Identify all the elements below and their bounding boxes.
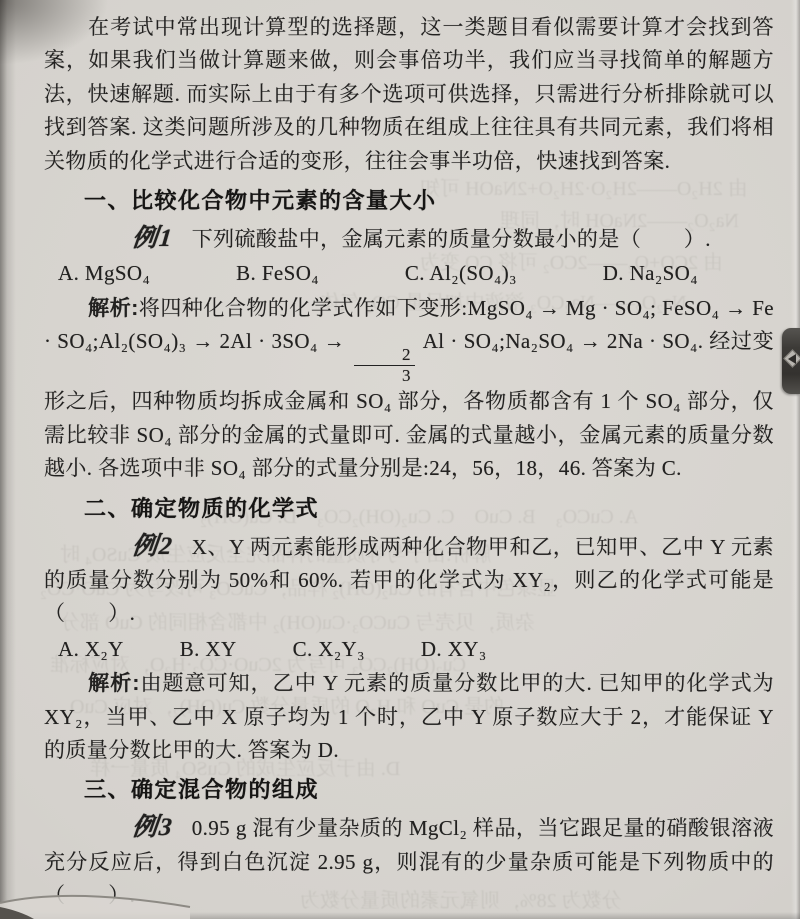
option-2d: D. XY₃	[421, 633, 487, 666]
example-3-question: 例30.95 g 混有少量杂质的 MgCl₂ 样品，当它跟足量的硝酸银溶液充分反…	[44, 811, 774, 912]
section-1-heading: 一、比较化合物中元素的含量大小	[84, 186, 774, 216]
solution-1-label: 解析:	[88, 297, 139, 320]
example-2-label: 例2	[86, 530, 175, 563]
option-1b: B. FeSO₄	[236, 257, 319, 290]
example-2-solution: 解析:由题意可知，乙中 Y 元素的质量分数比甲的大. 已知甲的化学式为 XY₂，…	[44, 667, 774, 767]
textbook-page: 由 2H₂O——2H₂O·2H₂O+2NaOH 可知 Na₂O₂——2NaOH …	[0, 0, 800, 919]
option-1a: A. MgSO₄	[58, 257, 150, 290]
example-3-label: 例3	[86, 811, 175, 844]
example-1-question-text: 下列硫酸盐中，金属元素的质量分数最小的是（ ）.	[192, 227, 711, 251]
solution-2-label: 解析:	[88, 672, 140, 695]
option-2a: A. X₂Y	[58, 633, 124, 666]
option-1d: D. Na₂SO₄	[603, 257, 698, 290]
section-3-heading: 三、确定混合物的组成	[84, 775, 774, 805]
example-1-options: A. MgSO₄ B. FeSO₄ C. Al₂(SO₄)₃ D. Na₂SO₄	[58, 257, 698, 290]
page-nav-tab[interactable]	[782, 328, 800, 394]
option-1c: C. Al₂(SO₄)₃	[405, 257, 517, 290]
section-2-heading: 二、确定物质的化学式	[84, 494, 774, 524]
example-2-options: A. X₂Y B. XY C. X₂Y₃ D. XY₃	[58, 633, 774, 666]
solution-2-text: 由题意可知，乙中 Y 元素的质量分数比甲的大. 已知甲的化学式为 XY₂，当甲、…	[44, 671, 774, 762]
example-1-question: 例1下列硫酸盐中，金属元素的质量分数最小的是（ ）.	[44, 222, 774, 256]
fraction-two-thirds: 23	[354, 346, 415, 385]
page-content: 在考试中常出现计算型的选择题，这一类题目看似需要计算才会找到答案，如果我们当做计…	[0, 0, 800, 919]
example-2-question: 例2X、Y 两元素能形成两种化合物甲和乙，已知甲、乙中 Y 元素的质量分数分别为…	[44, 530, 774, 631]
example-1-solution: 解析:将四种化合物的化学式作如下变形:MgSO₄ → Mg · SO₄; FeS…	[44, 292, 774, 486]
example-1-label: 例1	[86, 222, 175, 255]
intro-paragraph: 在考试中常出现计算型的选择题，这一类题目看似需要计算才会找到答案，如果我们当做计…	[44, 11, 774, 178]
left-arrow-icon	[788, 354, 796, 364]
option-2c: C. X₂Y₃	[293, 633, 365, 666]
option-2b: B. XY	[180, 633, 237, 666]
